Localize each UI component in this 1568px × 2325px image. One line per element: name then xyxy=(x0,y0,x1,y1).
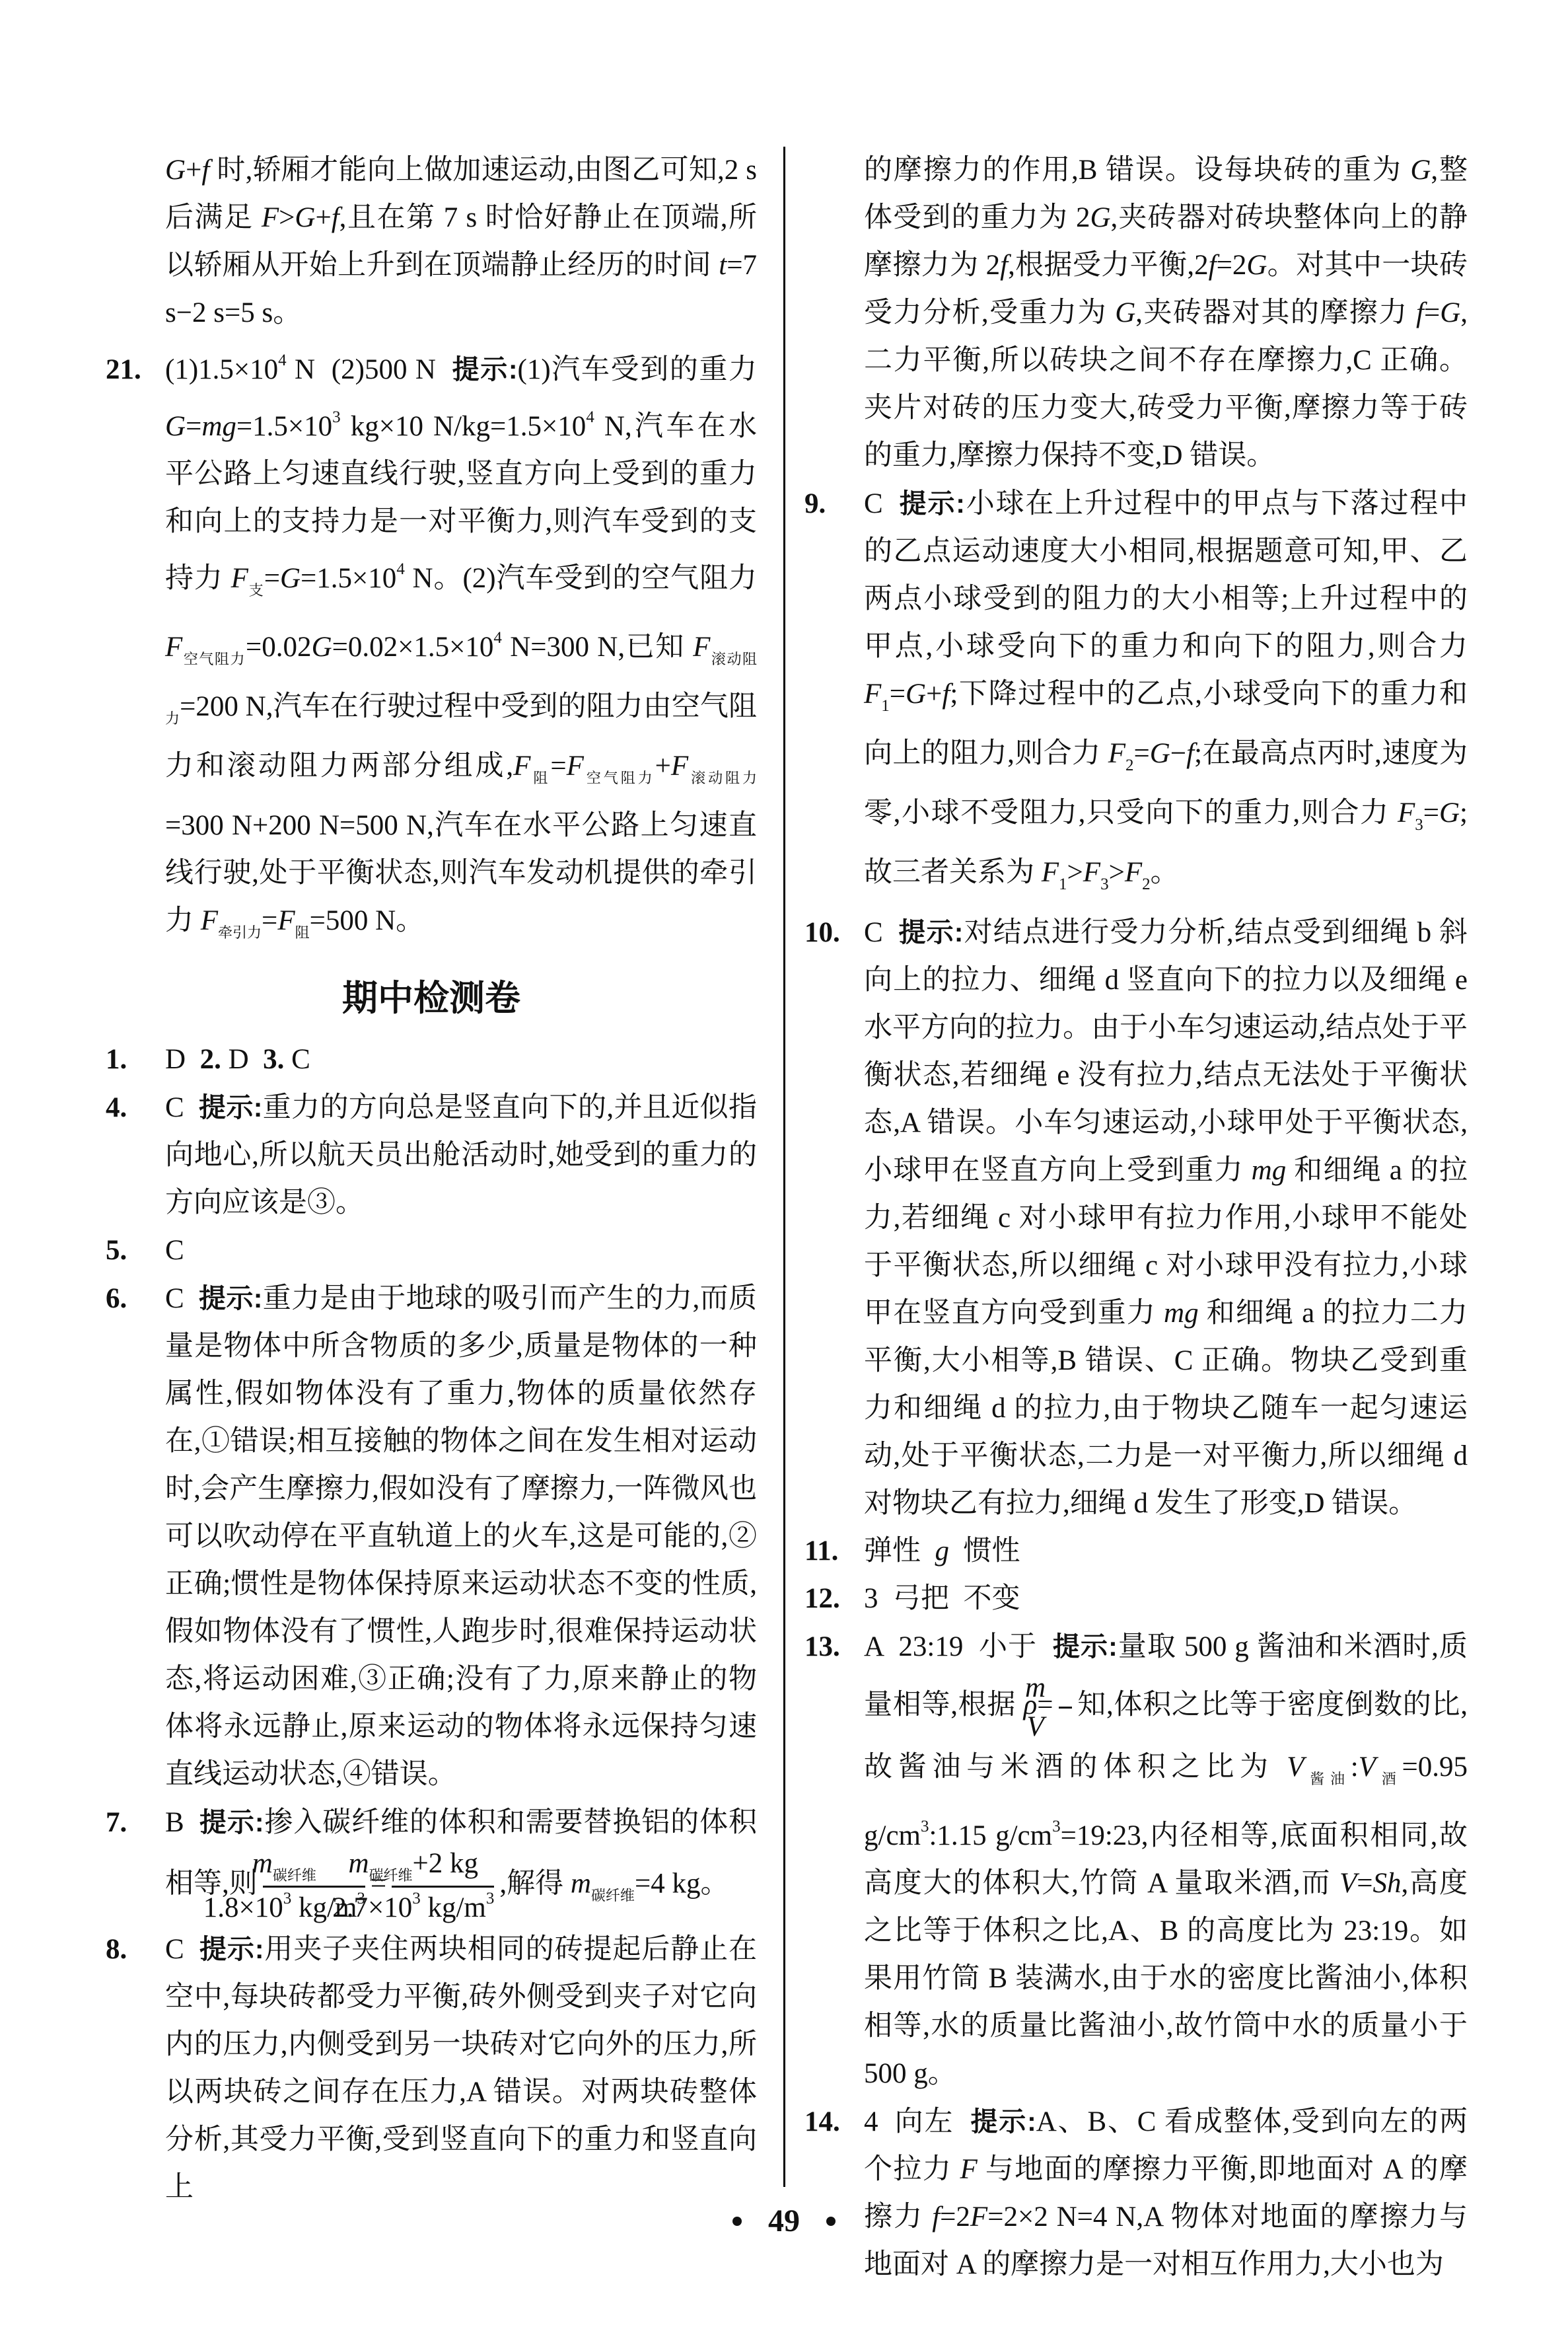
fraction-numerator: m xyxy=(1059,1671,1072,1709)
cjk-text: 的摩擦力的作用, xyxy=(864,155,1079,186)
subscript-label: 阻 xyxy=(530,770,550,786)
subscript-index: 2 xyxy=(1125,757,1134,774)
latin-text: B xyxy=(1057,1345,1077,1376)
physics-variable: m xyxy=(1025,1672,1046,1703)
latin-text: = xyxy=(264,563,280,594)
physics-variable: F xyxy=(864,679,881,710)
latin-text: (2) xyxy=(462,563,495,594)
fraction-denominator: 2.7×103 kg/m3 xyxy=(392,1888,494,1925)
footer-dot xyxy=(826,2217,836,2226)
hint-label: 提示: xyxy=(452,354,518,385)
latin-text: B xyxy=(989,1963,1008,1994)
superscript-exponent: 4 xyxy=(396,560,405,578)
physics-variable: G xyxy=(280,563,301,594)
hint-label: 提示: xyxy=(199,1283,262,1313)
item-number: 8. xyxy=(106,1926,165,1974)
cjk-text: 错误。设每块砖的重为 xyxy=(1097,155,1410,186)
cjk-text: 后满足 xyxy=(165,202,262,233)
subscript-label: 支 xyxy=(248,582,264,599)
item-number: 10. xyxy=(804,909,864,957)
answer-item: 10.C 提示:对结点进行受力分析,结点受到细绳 b 斜向上的拉力、细绳 d 竖… xyxy=(804,908,1468,1528)
inline-item-number: 3. xyxy=(263,1044,284,1075)
cjk-text: 重力是由于地球的吸引而产生的力,而质量是物体中所含物质的多少,质量是物体的一种属… xyxy=(165,1283,757,1790)
cjk-text: ,夹砖器对其的摩擦力 xyxy=(1135,297,1416,328)
hint-label: 提示: xyxy=(199,1807,264,1837)
cjk-text: 量取米酒,而 xyxy=(1166,1868,1339,1899)
column-divider-line xyxy=(783,147,785,2187)
physics-variable: f xyxy=(1416,297,1424,328)
latin-text: = xyxy=(890,679,906,710)
item-number: 1. xyxy=(106,1036,165,1084)
cjk-text: 的摩擦力是一对相互作用力,大小也为 xyxy=(975,2249,1444,2280)
physics-variable: G xyxy=(1410,155,1431,186)
subscript-label: 滚动阻力 xyxy=(688,770,757,786)
latin-text: =2 xyxy=(1217,250,1247,281)
cjk-text: 向左 xyxy=(895,2106,971,2137)
physics-variable: F xyxy=(262,202,279,233)
latin-text: D xyxy=(165,1044,200,1075)
cjk-text: 和细绳 xyxy=(1199,1298,1302,1329)
latin-text: 1.8×10 xyxy=(203,1892,283,1923)
subscript-label: 阻 xyxy=(295,924,310,941)
physics-variable: f xyxy=(332,202,339,233)
latin-text: kg×10 N/kg=1.5×10 xyxy=(341,411,587,442)
latin-text: kg/m xyxy=(421,1892,486,1923)
latin-text: = xyxy=(186,411,201,442)
cjk-text: 与地面的摩擦力平衡,即地面对 xyxy=(978,2154,1383,2185)
latin-text: B xyxy=(165,1807,199,1838)
cjk-text: 小于 xyxy=(979,1631,1053,1662)
hint-label: 提示: xyxy=(900,488,965,519)
cjk-text: 错误、 xyxy=(1077,1345,1174,1376)
latin-text: 500 g xyxy=(1184,1631,1249,1662)
latin-text: C xyxy=(165,1283,199,1314)
physics-variable: G xyxy=(1115,297,1135,328)
footer-dot xyxy=(732,2217,742,2226)
cjk-text: 竖直向下的拉力以及细绳 xyxy=(1119,965,1455,996)
latin-text: 3 xyxy=(864,1583,892,1614)
cjk-text: 惯性 xyxy=(949,1535,1020,1567)
cjk-text: 发生了形变, xyxy=(1148,1488,1304,1519)
answer-item: 5.C xyxy=(106,1227,757,1274)
physics-variable: f xyxy=(201,155,209,186)
physics-variable: F xyxy=(231,563,248,594)
subscript-label: 空气阻力 xyxy=(584,770,655,786)
physics-variable: F xyxy=(567,751,584,782)
physics-variable: G xyxy=(1150,738,1170,769)
physics-variable: f xyxy=(1209,250,1217,281)
latin-text: d xyxy=(1454,1440,1468,1471)
latin-text: N xyxy=(405,563,433,594)
latin-text: +2 kg xyxy=(413,1848,479,1879)
answer-item: 13.A 23:19 小于 提示:量取 500 g 酱油和米酒时,质量相等,根据… xyxy=(804,1623,1468,2098)
answer-column-right: 的摩擦力的作用,B 错误。设每块砖的重为 G,整体受到的重力为 2G,夹砖器对砖… xyxy=(804,147,1468,2289)
superscript-exponent: 4 xyxy=(493,629,502,647)
physics-variable: F xyxy=(165,632,182,663)
subscript-label: 牵引力 xyxy=(218,924,262,941)
latin-text: (1)1.5×10 xyxy=(165,354,278,385)
physics-variable: G xyxy=(165,155,186,186)
latin-text: e xyxy=(1455,965,1468,996)
latin-text: C xyxy=(284,1044,310,1075)
latin-text: =4 kg xyxy=(635,1868,701,1899)
cjk-text: 错误。 xyxy=(1325,1488,1417,1519)
cjk-text: 。 xyxy=(700,1868,729,1899)
physics-variable: F xyxy=(1125,857,1142,888)
physics-variable: F xyxy=(693,632,710,663)
latin-text: :1.15 g/cm xyxy=(929,1820,1052,1851)
latin-text: A xyxy=(900,1107,919,1138)
latin-text: > xyxy=(1109,857,1125,888)
physics-variable: F xyxy=(1083,857,1100,888)
physics-variable: f xyxy=(1000,250,1008,281)
answer-item: 8.C 提示:用夹子夹住两块相同的砖提起后静止在空中,每块砖都受力平衡,砖外侧受… xyxy=(106,1925,757,2211)
item-number: 11. xyxy=(804,1528,864,1575)
latin-text: b xyxy=(1417,917,1432,948)
superscript-exponent: 4 xyxy=(586,408,594,426)
latin-text: : xyxy=(1351,1752,1359,1783)
latin-text: 500 g xyxy=(864,2058,928,2089)
item-number: 5. xyxy=(106,1227,165,1274)
latin-text: D xyxy=(1162,440,1183,471)
cjk-text: 汽车受到的空气阻力 xyxy=(496,563,764,594)
latin-text: = xyxy=(1134,738,1150,769)
latin-text: = xyxy=(1423,797,1439,829)
physics-variable: V xyxy=(1026,1711,1044,1742)
physics-variable: G xyxy=(295,202,315,233)
subscript-index: 1 xyxy=(881,697,890,715)
item-number: 21. xyxy=(106,346,165,394)
latin-text: D xyxy=(221,1044,263,1075)
latin-text: =500 N xyxy=(310,905,396,936)
continuation-paragraph: G+f 时,轿厢才能向上做加速运动,由图乙可知,2 s 后满足 F>G+f,且在… xyxy=(106,147,757,337)
latin-text: A、B xyxy=(1108,1915,1179,1946)
latin-text: 2 s xyxy=(725,155,764,186)
latin-text: C xyxy=(165,1092,199,1123)
latin-text: B xyxy=(1079,155,1098,186)
latin-text: =19:23, xyxy=(1061,1820,1149,1851)
latin-text: 2 xyxy=(1076,202,1090,233)
latin-text: N (2)500 N xyxy=(287,354,452,385)
latin-text: c xyxy=(1145,1250,1158,1281)
latin-text: C xyxy=(165,1235,184,1266)
subscript-label: 碳纤维 xyxy=(273,1867,316,1884)
physics-variable: F xyxy=(513,751,530,782)
physics-variable: G xyxy=(1246,250,1267,281)
latin-text: = xyxy=(262,905,277,936)
physics-variable: F xyxy=(201,905,218,936)
physics-variable: V xyxy=(1287,1752,1304,1783)
physics-variable: f xyxy=(942,679,950,710)
cjk-text: 。 xyxy=(928,2058,956,2089)
latin-text: 2 xyxy=(986,250,1001,281)
hint-label: 提示: xyxy=(1053,1631,1118,1662)
latin-text: A xyxy=(1147,1868,1166,1899)
item-number: 6. xyxy=(106,1275,165,1323)
physics-variable: t xyxy=(719,250,727,281)
latin-text: C xyxy=(1174,1345,1194,1376)
page-footer: 49 xyxy=(0,2201,1568,2241)
latin-text: d xyxy=(1134,1488,1149,1519)
physics-variable: g xyxy=(935,1535,950,1567)
latin-text: D xyxy=(1304,1488,1325,1519)
latin-text: A xyxy=(956,2249,976,2280)
subscript-label: 空气阻力 xyxy=(182,651,246,667)
subscript-index: 1 xyxy=(1059,875,1067,893)
cjk-text: ,解得 xyxy=(499,1868,571,1899)
physics-variable: F xyxy=(1108,738,1125,769)
latin-text: A xyxy=(466,2077,485,2108)
latin-text: A、B、C xyxy=(1036,2106,1157,2137)
latin-text: = xyxy=(1424,297,1440,328)
cjk-text: 弓把 不变 xyxy=(892,1583,1020,1614)
physics-variable: m xyxy=(348,1848,369,1879)
latin-text: N=300 N, xyxy=(502,632,625,663)
superscript-exponent: 4 xyxy=(278,351,287,369)
latin-text: − xyxy=(1170,738,1186,769)
latin-text: 2.7×10 xyxy=(332,1892,412,1923)
item-number: 7. xyxy=(106,1799,165,1847)
item-number: 9. xyxy=(804,480,864,528)
hint-label: 提示: xyxy=(898,917,963,947)
physics-variable: G xyxy=(1440,297,1460,328)
fraction-numerator: m碳纤维+2 kg xyxy=(392,1847,494,1888)
answer-item: 9.C 提示:小球在上升过程中的甲点与下落过程中的乙点运动速度大小相同,根据题意… xyxy=(804,480,1468,908)
latin-text: a xyxy=(1302,1298,1314,1329)
cjk-text: ,根据受力平衡, xyxy=(1008,250,1194,281)
physics-variable: G xyxy=(906,679,926,710)
fraction-denominator: V xyxy=(1059,1709,1072,1744)
latin-text: 23:19 xyxy=(1343,1915,1408,1946)
latin-text: C xyxy=(864,488,900,519)
latin-text: = xyxy=(1357,1868,1372,1899)
section-heading: 期中检测卷 xyxy=(106,969,757,1028)
latin-text: e xyxy=(1057,1060,1069,1091)
cjk-text: 。 xyxy=(273,297,301,328)
latin-text: =200 N, xyxy=(180,691,273,722)
answer-item: 1.D 2. D 3. C xyxy=(106,1036,757,1084)
cjk-text: 。 xyxy=(1151,857,1179,888)
hint-label: 提示: xyxy=(970,2106,1036,2137)
physics-variable: F xyxy=(277,905,295,936)
latin-text: C xyxy=(165,1934,199,1965)
physics-variable: F xyxy=(671,751,688,782)
physics-variable: f xyxy=(1186,738,1194,769)
superscript-exponent: 3 xyxy=(412,1890,421,1907)
latin-text: + xyxy=(926,679,942,710)
inline-item-number: 2. xyxy=(200,1044,221,1075)
superscript-exponent: 3 xyxy=(921,1818,929,1835)
superscript-exponent: 3 xyxy=(332,408,341,426)
subscript-index: 3 xyxy=(1100,875,1109,893)
cjk-text: 。 xyxy=(396,905,424,936)
item-number: 14. xyxy=(804,2098,864,2146)
subscript-index: 2 xyxy=(1142,875,1151,893)
subscript-label: 酒 xyxy=(1376,1771,1402,1787)
physics-variable: m xyxy=(571,1868,591,1899)
cjk-text: ,且在第 xyxy=(339,202,444,233)
subscript-label: 碳纤维 xyxy=(591,1887,635,1903)
cjk-text: 时,轿厢才能向上做加速运动,由图乙可知, xyxy=(209,155,724,186)
answer-key-page: G+f 时,轿厢才能向上做加速运动,由图乙可知,2 s 后满足 F>G+f,且在… xyxy=(0,0,1568,2325)
latin-text: a xyxy=(1390,1155,1402,1186)
item-number: 4. xyxy=(106,1084,165,1132)
latin-text: (1) xyxy=(518,354,551,385)
latin-text: > xyxy=(1067,857,1083,888)
physics-variable: mg xyxy=(1164,1298,1199,1329)
latin-text: =1.5×10 xyxy=(236,411,332,442)
physics-variable: m xyxy=(252,1848,273,1879)
superscript-exponent: 3 xyxy=(1052,1818,1061,1835)
cjk-text: 对结点进行受力分析,结点受到细绳 xyxy=(963,917,1417,948)
physics-variable: Sh xyxy=(1373,1868,1402,1899)
answer-item: 6.C 提示:重力是由于地球的吸引而产生的力,而质量是物体中所含物质的多少,质量… xyxy=(106,1274,757,1798)
item-number: 13. xyxy=(804,1623,864,1671)
subscript-label: 碳纤维 xyxy=(369,1867,413,1884)
superscript-exponent: 3 xyxy=(486,1890,495,1907)
answer-item: 11.弹性 g 惯性 xyxy=(804,1528,1468,1575)
latin-text: + xyxy=(186,155,201,186)
hint-label: 提示: xyxy=(199,1934,264,1964)
latin-text: N, xyxy=(594,411,632,442)
cjk-text: 已知 xyxy=(625,632,693,663)
latin-text: 7 s xyxy=(444,202,478,233)
latin-text: d xyxy=(1105,965,1120,996)
subscript-label: 酱油 xyxy=(1304,1771,1351,1787)
physics-variable: F xyxy=(960,2154,977,2185)
answer-column-left: G+f 时,轿厢才能向上做加速运动,由图乙可知,2 s 后满足 F>G+f,且在… xyxy=(106,147,757,2211)
answer-item: 4.C 提示:重力的方向总是竖直向下的,并且近似指向地心,所以航天员出舱活动时,… xyxy=(106,1084,757,1227)
page-number: 49 xyxy=(768,2201,800,2241)
latin-text: =0.02 xyxy=(246,632,312,663)
cjk-text: 。 xyxy=(433,563,463,594)
physics-variable: V xyxy=(1339,1868,1357,1899)
latin-text: = xyxy=(550,751,566,782)
latin-text: A 23:19 xyxy=(864,1631,979,1662)
latin-text: > xyxy=(279,202,295,233)
physics-variable: V xyxy=(1359,1752,1376,1783)
answer-item: 21.(1)1.5×104 N (2)500 N 提示:(1)汽车受到的重力 G… xyxy=(106,337,757,957)
continuation-paragraph: 的摩擦力的作用,B 错误。设每块砖的重为 G,整体受到的重力为 2G,夹砖器对砖… xyxy=(804,147,1468,480)
latin-text: C xyxy=(864,917,898,948)
latin-text: d xyxy=(991,1393,1006,1424)
item-number: 12. xyxy=(804,1575,864,1623)
fraction: m碳纤维+2 kg2.7×103 kg/m3 xyxy=(392,1847,494,1925)
answer-item: 14.4 向左 提示:A、B、C 看成整体,受到向左的两个拉力 F 与地面的摩擦… xyxy=(804,2098,1468,2289)
cjk-text: 的高度比为 xyxy=(1178,1915,1343,1946)
latin-text: =1.5×10 xyxy=(301,563,396,594)
fraction: mV xyxy=(1059,1671,1072,1744)
physics-variable: F xyxy=(1398,797,1415,829)
physics-variable: G xyxy=(165,411,186,442)
cjk-text: 汽车受到的重力 xyxy=(551,354,764,385)
answer-item: 7.B 提示:掺入碳纤维的体积和需要替换铝的体积相等,则m碳纤维1.8×103 … xyxy=(106,1798,757,1925)
physics-variable: F xyxy=(1042,857,1059,888)
physics-variable: mg xyxy=(1252,1155,1287,1186)
latin-text: c xyxy=(998,1202,1011,1234)
superscript-exponent: 3 xyxy=(283,1890,292,1907)
latin-text: A xyxy=(1383,2154,1402,2185)
subscript-index: 3 xyxy=(1415,816,1423,834)
latin-text: + xyxy=(315,202,331,233)
latin-text: 4 xyxy=(864,2106,895,2137)
latin-text: =300 N+200 N=500 N, xyxy=(165,810,434,841)
physics-variable: G xyxy=(1439,797,1460,829)
latin-text: C xyxy=(1353,345,1372,376)
latin-text: =0.02×1.5×10 xyxy=(332,632,494,663)
physics-variable: G xyxy=(1090,202,1110,233)
cjk-text: 量取 xyxy=(1118,1631,1184,1662)
latin-text: + xyxy=(655,751,671,782)
hint-label: 提示: xyxy=(199,1092,262,1123)
answer-item: 12.3 弓把 不变 xyxy=(804,1575,1468,1623)
latin-text: 2 xyxy=(1194,250,1209,281)
cjk-text: 错误。 xyxy=(1183,440,1275,471)
physics-variable: mg xyxy=(201,411,236,442)
cjk-text: 和细绳 xyxy=(1286,1155,1390,1186)
physics-variable: G xyxy=(312,632,332,663)
cjk-text: 弹性 xyxy=(864,1535,935,1567)
